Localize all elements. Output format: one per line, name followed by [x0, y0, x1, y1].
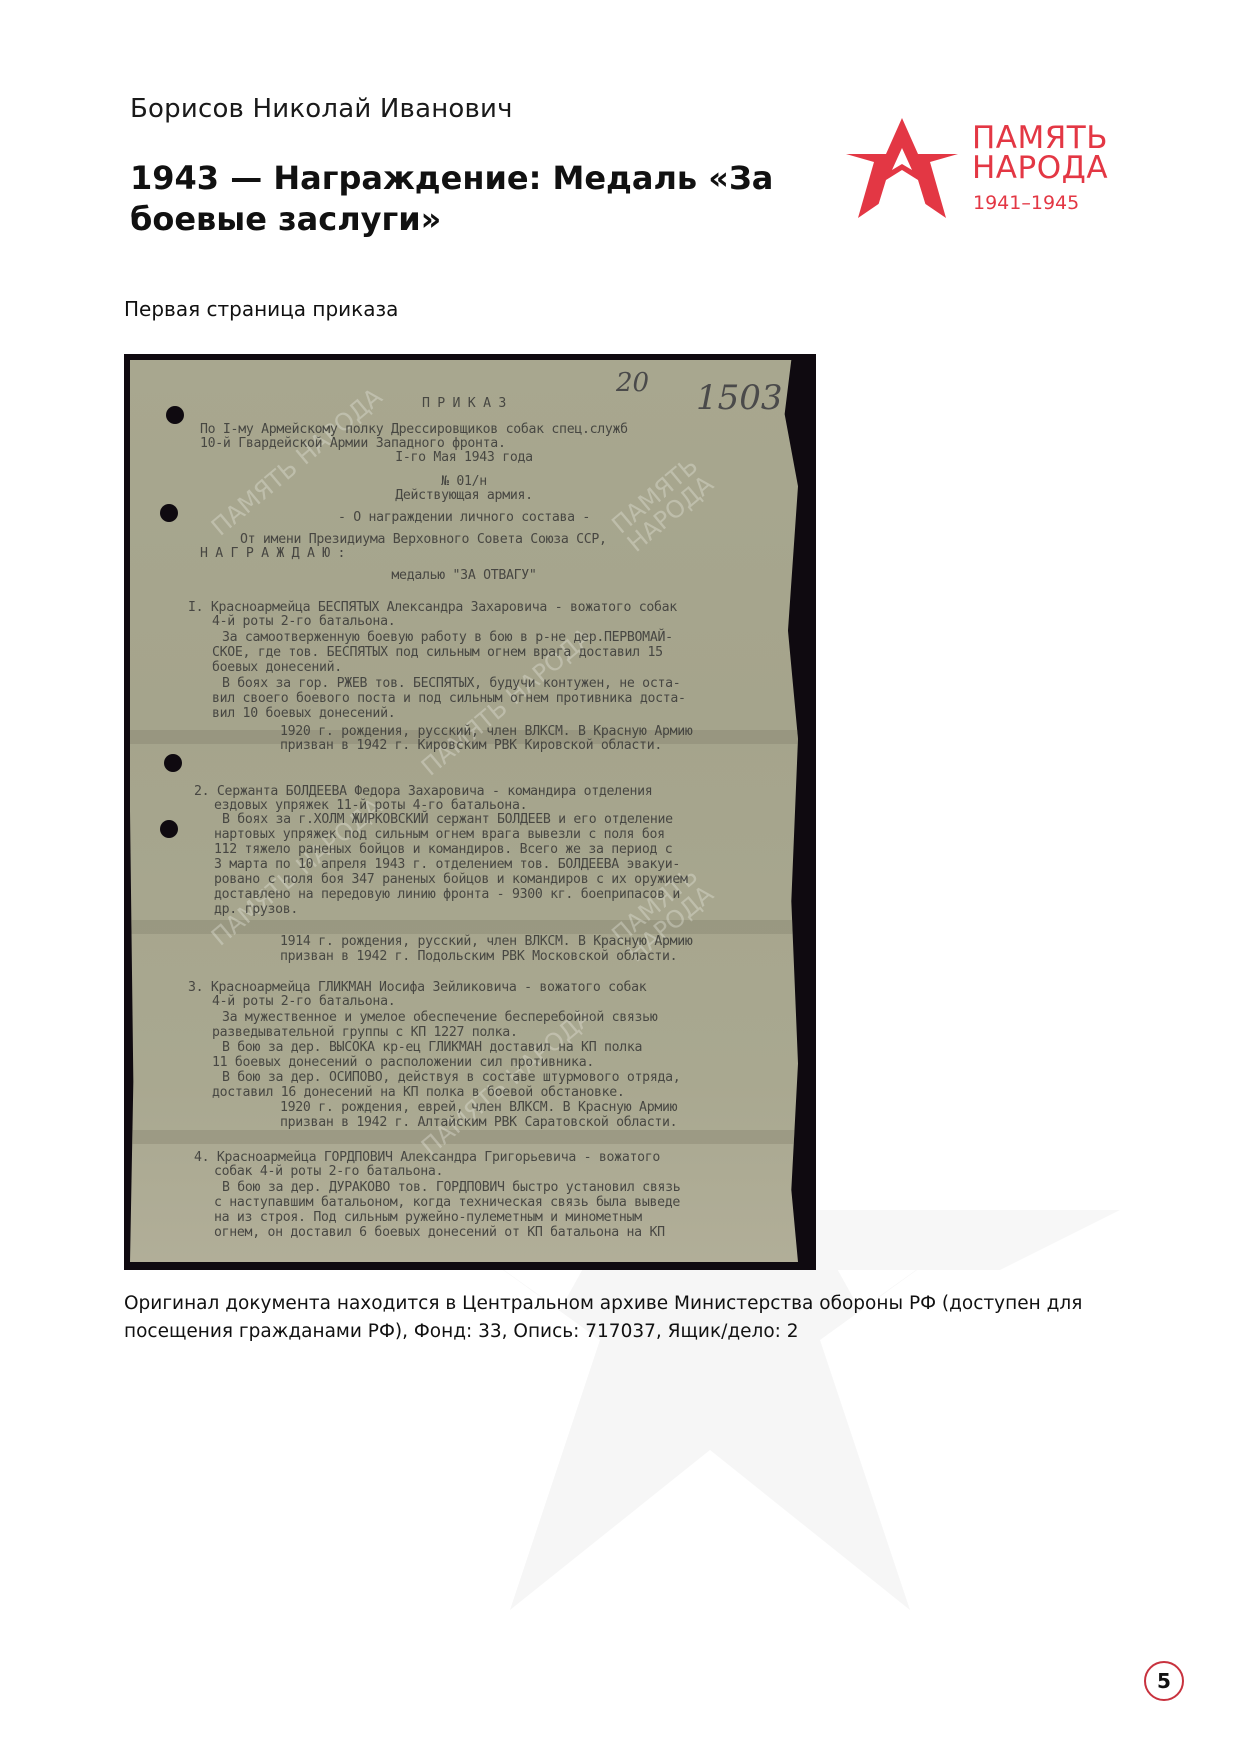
typed-line: 112 тяжело раненых бойцов и командиров. … [214, 842, 672, 857]
typed-line: По I-му Армейскому полку Дрессировщиков … [200, 422, 628, 437]
red-star-icon [846, 118, 958, 218]
typed-line: 10-й Гвардейской Армии Западного фронта. [200, 436, 506, 451]
typed-line: I. Красноармейца БЕСПЯТЫХ Александра Зах… [188, 600, 677, 615]
logo-line-2: НАРОДА [972, 152, 1108, 184]
punch-hole [166, 406, 184, 424]
typed-line: нартовых упряжек под сильным огнем врага… [214, 827, 665, 842]
typed-line: 11 боевых донесений о расположении сил п… [212, 1055, 594, 1070]
typed-line: боевых донесений. [212, 660, 342, 675]
typed-line: № 01/н [130, 474, 798, 489]
archive-source-note: Оригинал документа находится в Центральн… [124, 1290, 1104, 1346]
typed-line: В боях за гор. РЖЕВ тов. БЕСПЯТЫХ, будуч… [222, 676, 680, 691]
typed-line: В бою за дер. ВЫСОКА кр-ец ГЛИКМАН доста… [222, 1040, 642, 1055]
typed-line: вил 10 боевых донесений. [212, 706, 395, 721]
typed-line: От имени Президиума Верховного Совета Со… [240, 532, 607, 547]
typed-line: Действующая армия. [130, 488, 798, 503]
typed-line: 1920 г. рождения, еврей, член ВЛКСМ. В К… [280, 1100, 677, 1115]
typed-line: огнем, он доставил 6 боевых донесений от… [214, 1225, 665, 1240]
typed-line: - О награждении личного состава - [130, 510, 798, 525]
typed-line: на из строя. Под сильным ружейно-пулемет… [214, 1210, 642, 1225]
typed-line: СКОЕ, где тов. БЕСПЯТЫХ под сильным огне… [212, 645, 663, 660]
typed-line: В бою за дер. ДУРАКОВО тов. ГОРДПОВИЧ бы… [222, 1180, 680, 1195]
page-number: 5 [1144, 1661, 1184, 1701]
punch-hole [164, 754, 182, 772]
award-title: 1943 — Награждение: Медаль «За боевые за… [130, 158, 790, 240]
typed-line: В бою за дер. ОСИПОВО, действуя в состав… [222, 1070, 680, 1085]
typed-line: призван в 1942 г. Алтайским РВК Саратовс… [280, 1115, 677, 1130]
typed-line: I-го Мая 1943 года [130, 450, 798, 465]
document-scan[interactable]: 20 1503 ПАМЯТЬ НАРОДА ПАМЯТЬ НАРОДА ПАМЯ… [124, 354, 816, 1270]
logo-years: 1941–1945 [973, 192, 1079, 214]
handwritten-number: 20 [616, 368, 649, 398]
typed-line: вил своего боевого поста и под сильным о… [212, 691, 686, 706]
typed-line: разведывательной группы с КП 1227 полка. [212, 1025, 518, 1040]
typed-line: 4. Красноармейца ГОРДПОВИЧ Александра Гр… [194, 1150, 660, 1165]
typed-line: П Р И К А З [130, 396, 798, 411]
punch-hole [160, 820, 178, 838]
typed-line: ровано с поля боя 347 раненых бойцов и к… [214, 872, 688, 887]
typed-line: собак 4-й роты 2-го батальона. [214, 1164, 443, 1179]
typed-line: В боях за г.ХОЛМ ЖИРКОВСКИЙ сержант БОЛД… [222, 812, 673, 827]
typed-line: 1920 г. рождения, русский, член ВЛКСМ. В… [280, 724, 693, 739]
typed-line: ездовых упряжек 11-й роты 4-го батальона… [214, 798, 527, 813]
typed-line: Н А Г Р А Ж Д А Ю : [200, 546, 345, 561]
typed-line: 3 марта по 10 апреля 1943 г. отделением … [214, 857, 680, 872]
typed-line: доставлено на передовую линию фронта - 9… [214, 887, 680, 902]
typed-line: др. грузов. [214, 902, 298, 917]
typed-line: 4-й роты 2-го батальона. [212, 994, 395, 1009]
typed-line: призван в 1942 г. Кировским РВК Кировско… [280, 738, 662, 753]
typed-line: 1914 г. рождения, русский, член ВЛКСМ. В… [280, 934, 693, 949]
pamyat-naroda-logo[interactable]: ПАМЯТЬ НАРОДА 1941–1945 [846, 118, 1136, 218]
typed-line: медалью "ЗА ОТВАГУ" [130, 568, 798, 583]
typed-line: с наступавшим батальоном, когда техничес… [214, 1195, 680, 1210]
typed-line: За мужественное и умелое обеспечение бес… [222, 1010, 657, 1025]
typed-line: За самоотверженную боевую работу в бою в… [222, 630, 673, 645]
document-paper: 20 1503 ПАМЯТЬ НАРОДА ПАМЯТЬ НАРОДА ПАМЯ… [130, 360, 798, 1262]
typed-line: 2. Сержанта БОЛДЕЕВА Федора Захаровича -… [194, 784, 652, 799]
person-name: Борисов Николай Иванович [130, 94, 513, 124]
punch-hole [160, 504, 178, 522]
typed-line: доставил 16 донесений на КП полка в боев… [212, 1085, 625, 1100]
scan-caption: Первая страница приказа [124, 297, 398, 321]
typed-line: призван в 1942 г. Подольским РВК Московс… [280, 949, 677, 964]
typed-line: 4-й роты 2-го батальона. [212, 614, 395, 629]
typed-line: 3. Красноармейца ГЛИКМАН Иосифа Зейликов… [188, 980, 646, 995]
